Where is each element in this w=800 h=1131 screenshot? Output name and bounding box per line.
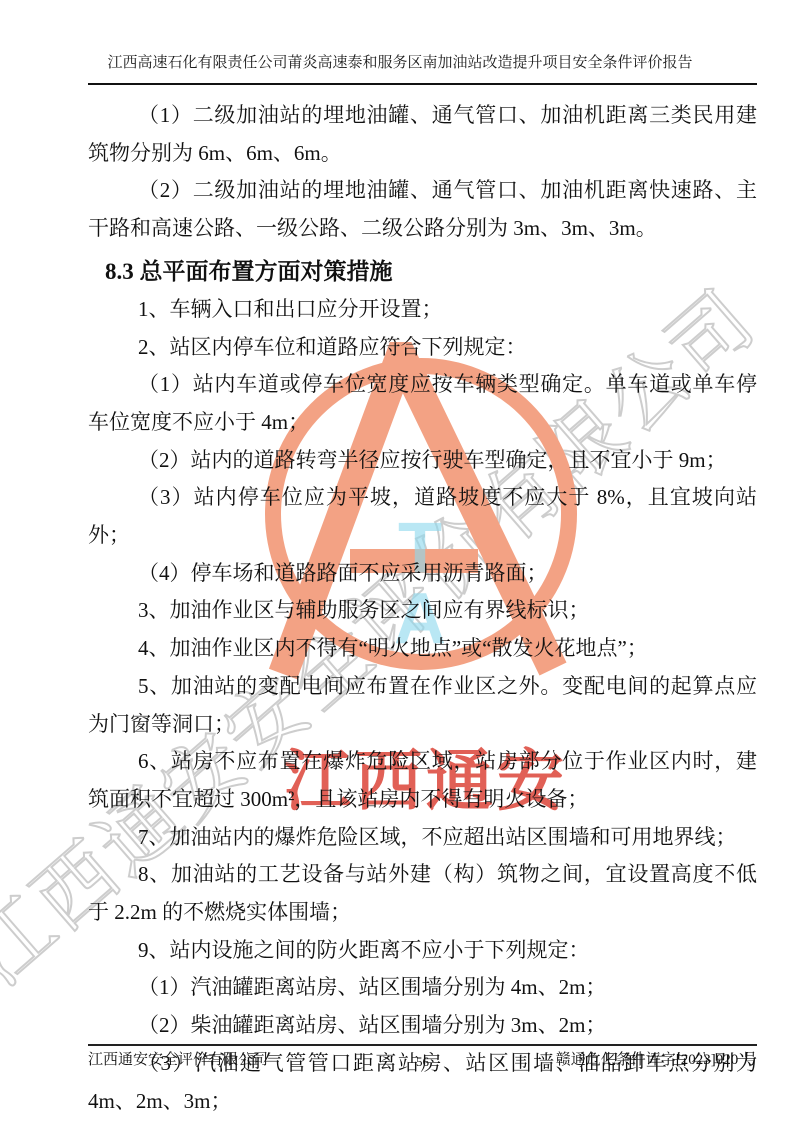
- section-heading: 8.3 总平面布置方面对策措施: [88, 252, 757, 291]
- paragraph: （4）停车场和道路路面不应采用沥青路面；: [88, 555, 757, 593]
- paragraph: （1）汽油罐距离站房、站区围墙分别为 4m、2m；: [88, 969, 757, 1007]
- paragraph: 3、加油作业区与辅助服务区之间应有界线标识；: [88, 592, 757, 630]
- paragraph: （2）二级加油站的埋地油罐、通气管口、加油机距离快速路、主干路和高速公路、一级公…: [88, 172, 757, 247]
- paragraph: 6、站房不应布置在爆炸危险区域，站房部分位于作业区内时，建筑面积不宜超过 300…: [88, 743, 757, 818]
- paragraph: （2）柴油罐距离站房、站区围墙分别为 3m、2m；: [88, 1007, 757, 1045]
- paragraph: 8、加油站的工艺设备与站外建（构）筑物之间，宜设置高度不低于 2.2m 的不燃烧…: [88, 856, 757, 931]
- document-page: 江西通安安全评价有限公司 TA 江西通安 江西高速石化有限责任公司莆炎高速泰和服…: [0, 0, 800, 1131]
- paragraph: 5、加油站的变配电间应布置在作业区之外。变配电间的起算点应为门窗等洞口；: [88, 668, 757, 743]
- paragraph: （1）站内车道或停车位宽度应按车辆类型确定。单车道或单车停车位宽度不应小于 4m…: [88, 366, 757, 441]
- paragraph: 9、站内设施之间的防火距离不应小于下列规定：: [88, 932, 757, 970]
- footer-page-number: 56: [416, 1053, 429, 1071]
- section-paragraphs: 1、车辆入口和出口应分开设置；2、站区内停车位和道路应符合下列规定：（1）站内车…: [88, 291, 757, 1120]
- page-content: 江西高速石化有限责任公司莆炎高速泰和服务区南加油站改造提升项目安全条件评价报告 …: [0, 0, 800, 1120]
- page-footer: 江西通安安全评价有限公司 56 赣通危化条件评字[2023]020 号: [88, 1044, 757, 1069]
- paragraph: 2、站区内停车位和道路应符合下列规定：: [88, 329, 757, 367]
- paragraph: （2）站内的道路转弯半径应按行驶车型确定，且不宜小于 9m；: [88, 442, 757, 480]
- paragraph: 1、车辆入口和出口应分开设置；: [88, 291, 757, 329]
- paragraph: （1）二级加油站的埋地油罐、通气管口、加油机距离三类民用建筑物分别为 6m、6m…: [88, 97, 757, 172]
- paragraph: （3）站内停车位应为平坡，道路坡度不应大于 8%，且宜坡向站外；: [88, 479, 757, 554]
- header-divider: [88, 83, 757, 85]
- paragraph: 4、加油作业区内不得有“明火地点”或“散发火花地点”；: [88, 630, 757, 668]
- document-body: （1）二级加油站的埋地油罐、通气管口、加油机距离三类民用建筑物分别为 6m、6m…: [88, 97, 757, 1120]
- intro-paragraphs: （1）二级加油站的埋地油罐、通气管口、加油机距离三类民用建筑物分别为 6m、6m…: [88, 97, 757, 248]
- report-header-title: 江西高速石化有限责任公司莆炎高速泰和服务区南加油站改造提升项目安全条件评价报告: [0, 0, 800, 74]
- footer-doc-number: 赣通危化条件评字[2023]020 号: [556, 1051, 757, 1069]
- footer-company: 江西通安安全评价有限公司: [88, 1051, 268, 1069]
- paragraph: 7、加油站内的爆炸危险区域，不应超出站区围墙和可用地界线；: [88, 819, 757, 857]
